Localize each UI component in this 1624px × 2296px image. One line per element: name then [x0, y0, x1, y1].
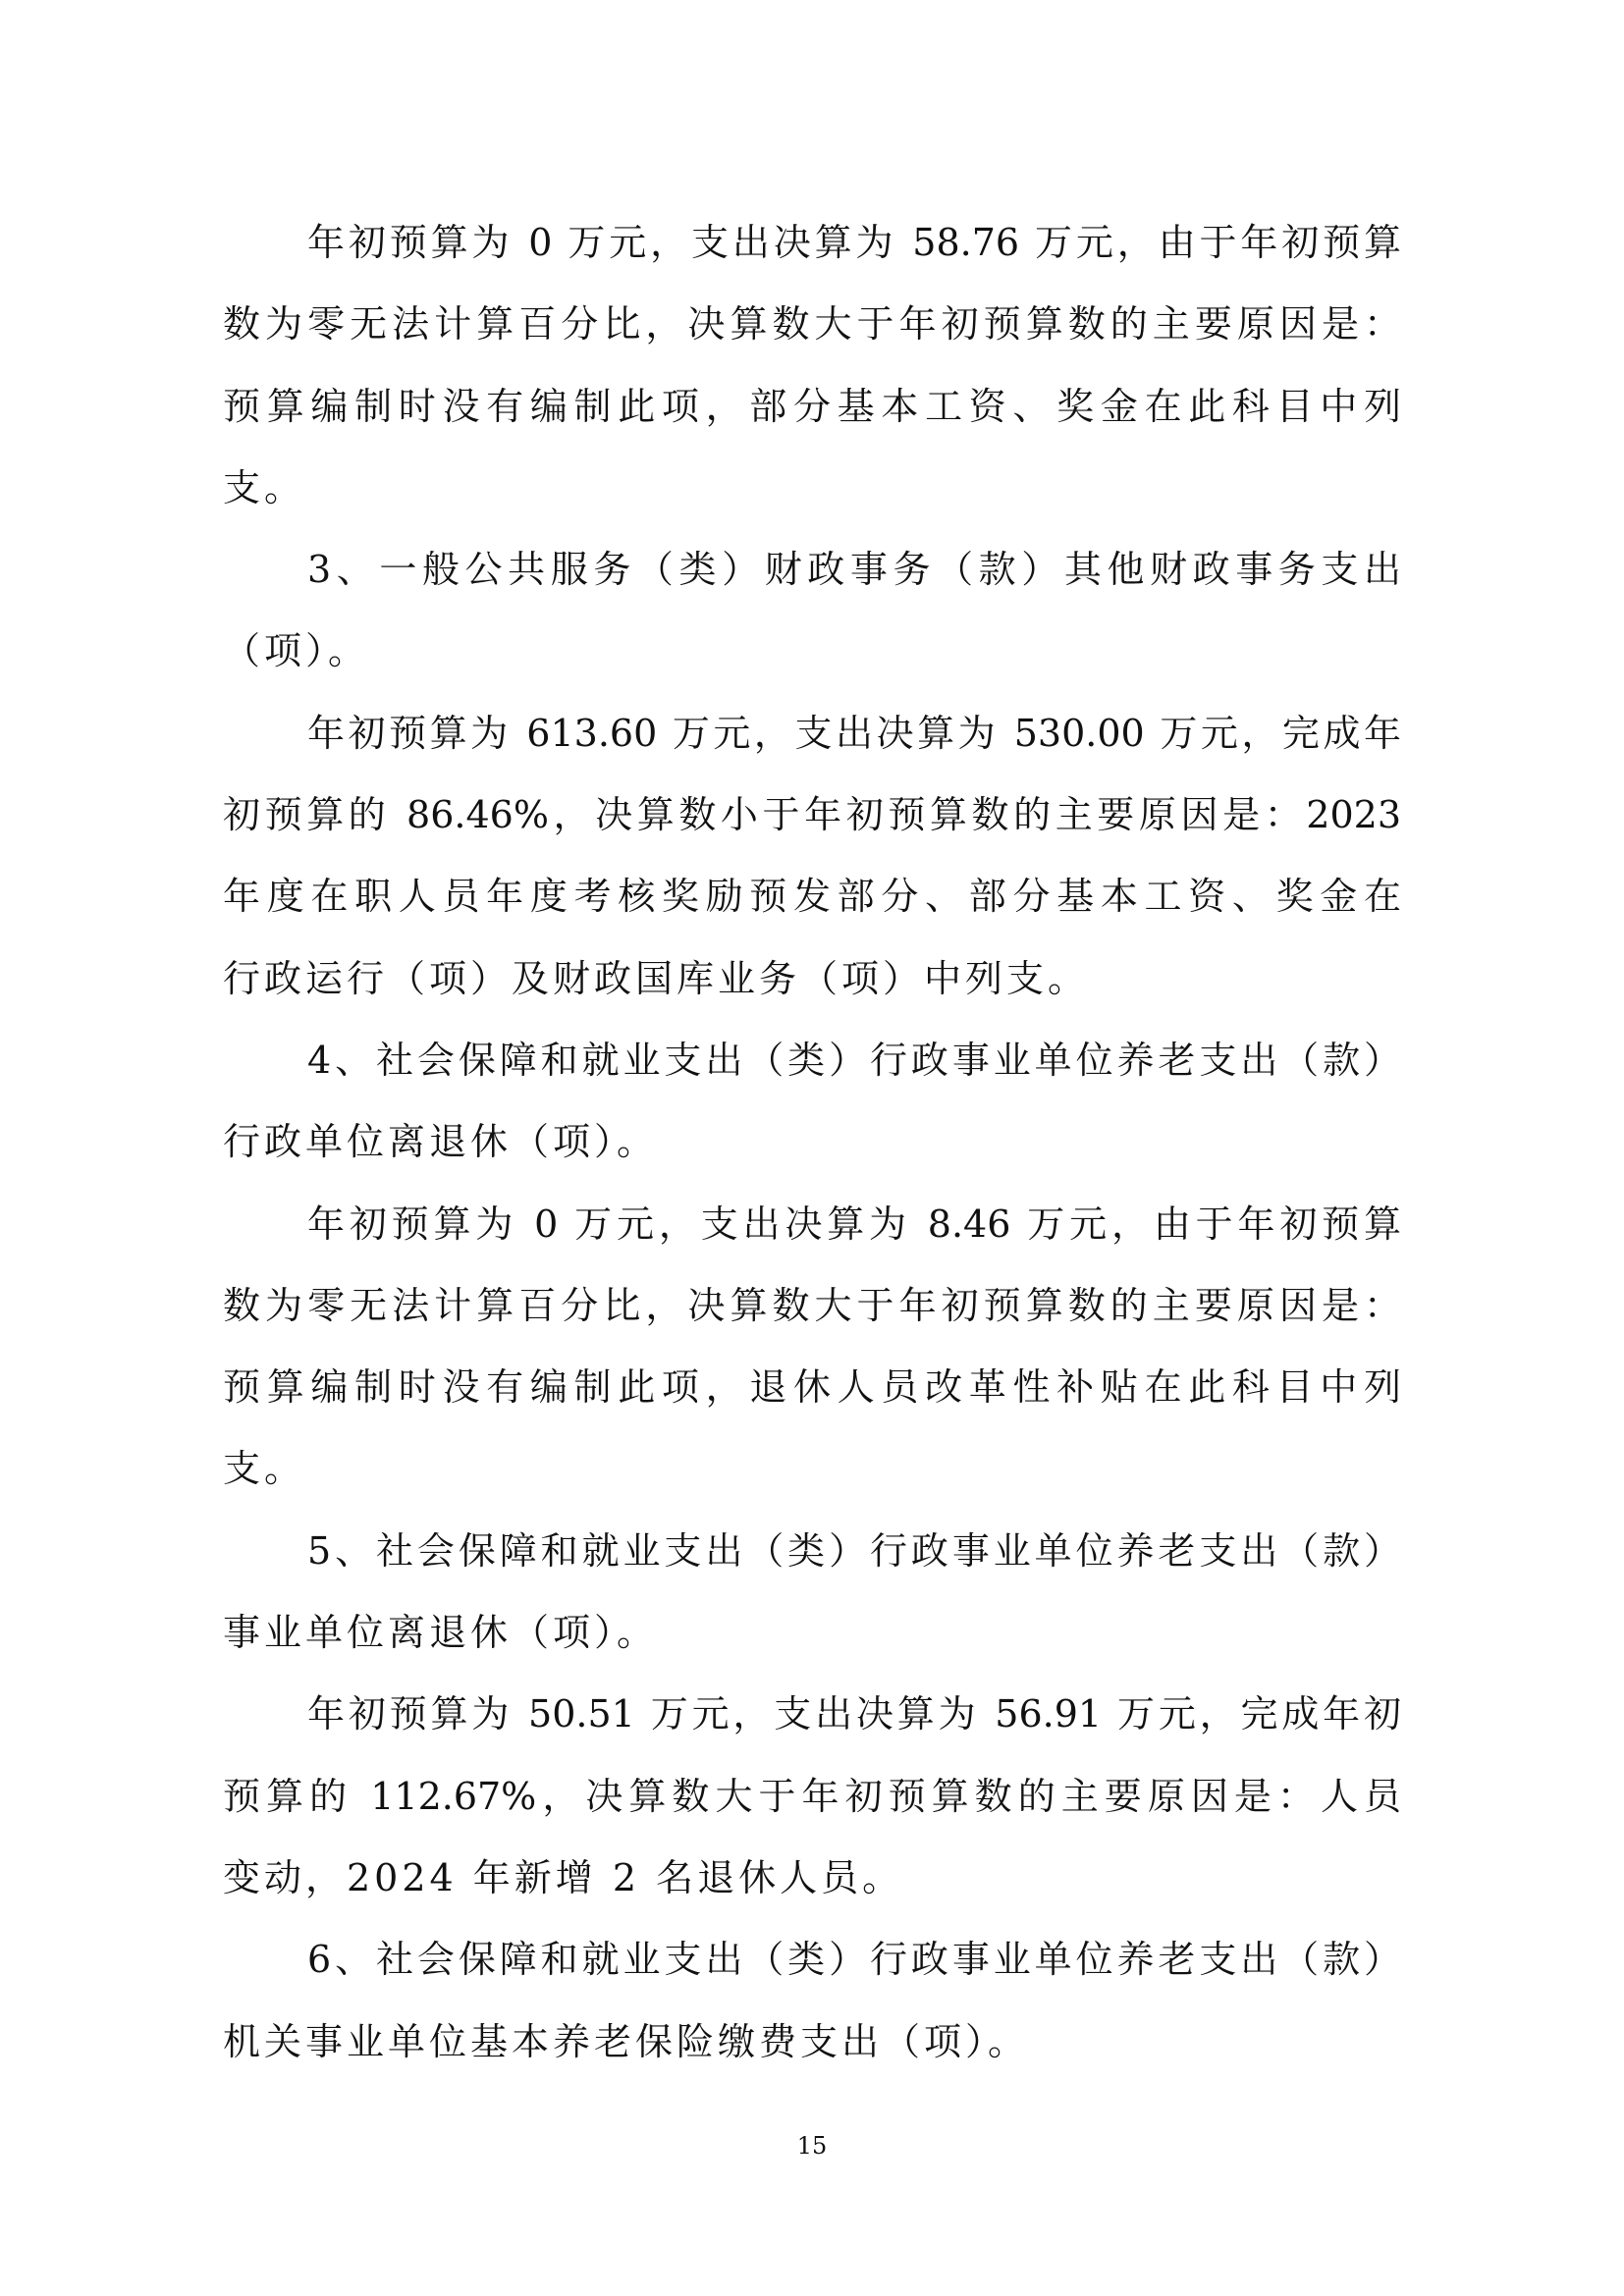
paragraph-line: 数为零无法计算百分比，决算数大于年初预算数的主要原因是：: [223, 284, 1401, 365]
section-heading-line: 机关事业单位基本养老保险缴费支出（项）。: [223, 2002, 1401, 2083]
section-heading-line: 6、社会保障和就业支出（类）行政事业单位养老支出（款）: [223, 1919, 1401, 2001]
paragraph-line: 预算编制时没有编制此项，部分基本工资、奖金在此科目中列: [223, 366, 1401, 448]
section-heading-line: 5、社会保障和就业支出（类）行政事业单位养老支出（款）: [223, 1511, 1401, 1592]
paragraph-line: 预算的 112.67%，决算数大于年初预算数的主要原因是：人员: [223, 1756, 1401, 1838]
line-text: 年度在职人员年度考核奖励预发部分、部分基本工资、奖金在: [223, 856, 1401, 937]
paragraph-line: 年初预算为 613.60 万元，支出决算为 530.00 万元，完成年: [223, 693, 1401, 774]
paragraph-line: 预算编制时没有编制此项，退休人员改革性补贴在此科目中列: [223, 1347, 1401, 1428]
line-text: 年初预算为 0 万元，支出决算为 58.76 万元，由于年初预算: [307, 202, 1401, 284]
paragraph-line: 行政运行（项）及财政国库业务（项）中列支。: [223, 938, 1401, 1020]
paragraph-line: 变动，2024 年新增 2 名退休人员。: [223, 1838, 1401, 1919]
paragraph-line: 年初预算为 0 万元，支出决算为 8.46 万元，由于年初预算: [223, 1184, 1401, 1265]
line-text: 5、社会保障和就业支出（类）行政事业单位养老支出（款）: [307, 1511, 1401, 1592]
paragraph-line: 初预算的 86.46%，决算数小于年初预算数的主要原因是：2023: [223, 774, 1401, 856]
section-heading-line: 3、一般公共服务（类）财政事务（款）其他财政事务支出: [223, 529, 1401, 611]
line-text: 3、一般公共服务（类）财政事务（款）其他财政事务支出: [307, 529, 1401, 611]
paragraph-line: 年初预算为 50.51 万元，支出决算为 56.91 万元，完成年初: [223, 1674, 1401, 1755]
section-heading-line: 行政单位离退休（项）。: [223, 1101, 1401, 1183]
page-number: 15: [0, 2132, 1624, 2160]
line-text: 预算的 112.67%，决算数大于年初预算数的主要原因是：人员: [223, 1756, 1401, 1838]
line-text: 预算编制时没有编制此项，退休人员改革性补贴在此科目中列: [223, 1347, 1401, 1428]
line-text: 6、社会保障和就业支出（类）行政事业单位养老支出（款）: [307, 1919, 1401, 2001]
line-text: 4、社会保障和就业支出（类）行政事业单位养老支出（款）: [307, 1020, 1401, 1101]
line-text: 年初预算为 613.60 万元，支出决算为 530.00 万元，完成年: [307, 693, 1401, 774]
line-text: 年初预算为 0 万元，支出决算为 8.46 万元，由于年初预算: [307, 1184, 1401, 1265]
document-page: 年初预算为 0 万元，支出决算为 58.76 万元，由于年初预算 数为零无法计算…: [0, 0, 1624, 2296]
body-text: 年初预算为 0 万元，支出决算为 58.76 万元，由于年初预算 数为零无法计算…: [223, 202, 1401, 2083]
paragraph-line: 数为零无法计算百分比，决算数大于年初预算数的主要原因是：: [223, 1265, 1401, 1347]
section-heading-line: 4、社会保障和就业支出（类）行政事业单位养老支出（款）: [223, 1020, 1401, 1101]
paragraph-line: 年初预算为 0 万元，支出决算为 58.76 万元，由于年初预算: [223, 202, 1401, 284]
line-text: 数为零无法计算百分比，决算数大于年初预算数的主要原因是：: [223, 1265, 1401, 1347]
section-heading-line: 事业单位离退休（项）。: [223, 1592, 1401, 1674]
line-text: 年初预算为 50.51 万元，支出决算为 56.91 万元，完成年初: [307, 1674, 1401, 1755]
paragraph-line: 年度在职人员年度考核奖励预发部分、部分基本工资、奖金在: [223, 856, 1401, 937]
paragraph-line: 支。: [223, 1428, 1401, 1510]
paragraph-line: 支。: [223, 448, 1401, 529]
line-text: 数为零无法计算百分比，决算数大于年初预算数的主要原因是：: [223, 284, 1401, 365]
line-text: 初预算的 86.46%，决算数小于年初预算数的主要原因是：2023: [223, 774, 1401, 856]
section-heading-line: （项）。: [223, 611, 1401, 692]
line-text: 预算编制时没有编制此项，部分基本工资、奖金在此科目中列: [223, 366, 1401, 448]
